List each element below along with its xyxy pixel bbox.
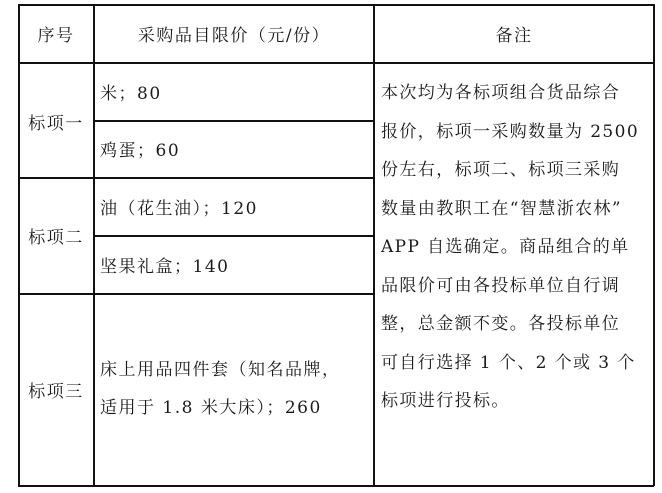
notes-cell: 本次均为各标项组合货品综合 报价，标项一采购数量为 2500 份左右，标项二、标… bbox=[376, 62, 654, 486]
group-label-3: 标项三 bbox=[18, 293, 94, 485]
notes-line: 可自行选择 1 个、2 个或 3 个 bbox=[381, 344, 650, 383]
header-price-limit: 采购品目限价（元/份） bbox=[94, 4, 374, 62]
notes-line: APP 自选确定。商品组合的单 bbox=[381, 228, 650, 267]
header-notes: 备注 bbox=[374, 4, 654, 62]
item-rice: 米；80 bbox=[94, 62, 374, 120]
item-nut-gift-box: 坚果礼盒；140 bbox=[94, 235, 374, 293]
notes-line: 品限价可由各投标单位自行调 bbox=[381, 267, 650, 306]
header-index: 序号 bbox=[18, 4, 94, 62]
item-eggs: 鸡蛋；60 bbox=[94, 120, 374, 177]
group-label-1: 标项一 bbox=[18, 62, 94, 177]
notes-line: 报价，标项一采购数量为 2500 bbox=[381, 113, 650, 152]
header-notes-label: 备注 bbox=[496, 21, 533, 46]
item-bedding-line-2: 适用于 1.8 米大床）；260 bbox=[100, 389, 341, 427]
notes-line: 数量由教职工在“智慧浙农林” bbox=[381, 190, 650, 229]
header-price-limit-label: 采购品目限价（元/份） bbox=[138, 21, 330, 46]
notes-line: 整，总金额不变。各投标单位 bbox=[381, 305, 650, 344]
procurement-table: 序号 采购品目限价（元/份） 备注 标项一 米；80 鸡蛋；60 标项二 油（花… bbox=[18, 4, 654, 486]
group-label-2: 标项二 bbox=[18, 177, 94, 293]
item-bedding-set: 床上用品四件套（知名品牌， 适用于 1.8 米大床）；260 bbox=[94, 293, 374, 485]
item-peanut-oil: 油（花生油）；120 bbox=[94, 177, 374, 235]
notes-line: 本次均为各标项组合货品综合 bbox=[381, 74, 650, 113]
item-bedding-line-1: 床上用品四件套（知名品牌， bbox=[100, 351, 341, 389]
notes-line: 标项进行投标。 bbox=[381, 382, 650, 421]
notes-line: 份左右，标项二、标项三采购 bbox=[381, 151, 650, 190]
header-index-label: 序号 bbox=[38, 21, 75, 46]
